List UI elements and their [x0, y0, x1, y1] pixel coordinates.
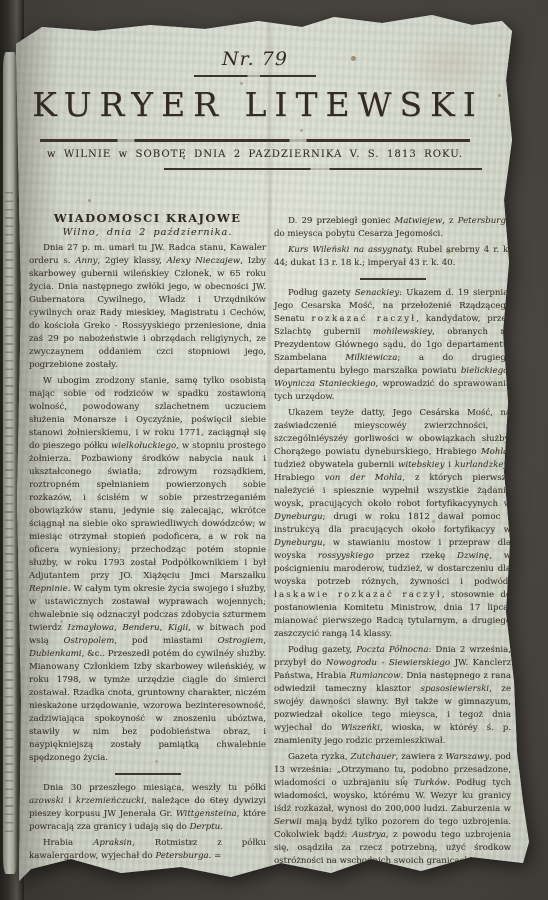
article-paragraph: W ubogim zrodzony stanie, samę tylko oso…: [29, 375, 266, 765]
newspaper-sheet-shadow: Nr. 79 KURYER LITEWSKI w WILNIE w SOBOTĘ…: [0, 0, 548, 900]
masthead: Nr. 79 KURYER LITEWSKI w WILNIE w SOBOTĘ…: [16, 48, 494, 170]
issue-rule: [194, 75, 316, 77]
section-heading: WIADOMOSCI KRAJOWE: [29, 212, 266, 225]
issue-number: Nr. 79: [16, 48, 494, 70]
article-paragraph: Dnia 30 przeszłego miesiąca, weszły tu p…: [29, 782, 266, 834]
article-paragraph: Podług gazety, Poczta Północna: Dnia 2 w…: [274, 644, 511, 748]
dateline-rule-top: [40, 139, 470, 141]
section-divider-rule: [115, 773, 181, 775]
article-paragraph: Ukazem teyże datty, Jego Cesárska Mość, …: [274, 407, 511, 641]
dateline-rule-bottom: [164, 168, 482, 170]
scanned-newspaper-page: Nr. 79 KURYER LITEWSKI w WILNIE w SOBOTĘ…: [0, 0, 548, 900]
newspaper-sheet: Nr. 79 KURYER LITEWSKI w WILNIE w SOBOTĘ…: [0, 0, 548, 900]
article-columns: WIADOMOSCI KRAJOWEWilno, dnia 2 paździer…: [29, 212, 511, 868]
article-paragraph: Hrabia Apraksin, Rotmistrz z półku kawal…: [29, 837, 266, 863]
left-column: WIADOMOSCI KRAJOWEWilno, dnia 2 paździer…: [29, 212, 266, 868]
article-paragraph: Podług gazety Senackiey: Ukazem d. 19 si…: [274, 287, 511, 404]
right-column: D. 29 przebiegł goniec Matwiejew, z Pete…: [274, 212, 511, 868]
masthead-dateline: w WILNIE w SOBOTĘ DNIA 2 PAZDZIERNIKA V.…: [16, 149, 494, 160]
article-paragraph: Gazeta ryzka, Zutchauer, zawiera z Warsz…: [274, 751, 511, 868]
article-paragraph: Dnia 27 p. m. umarł tu JW. Radca stanu, …: [29, 242, 266, 372]
ink-flecks: [0, 0, 3, 3]
section-divider-rule: [360, 278, 426, 280]
article-paragraph: D. 29 przebiegł goniec Matwiejew, z Pete…: [274, 215, 511, 241]
article-paragraph: Kurs Wileński na assygnaty. Rubel srebrn…: [274, 244, 511, 270]
newspaper-title: KURYER LITEWSKI: [16, 85, 494, 124]
column-dateline: Wilno, dnia 2 października.: [29, 226, 266, 239]
